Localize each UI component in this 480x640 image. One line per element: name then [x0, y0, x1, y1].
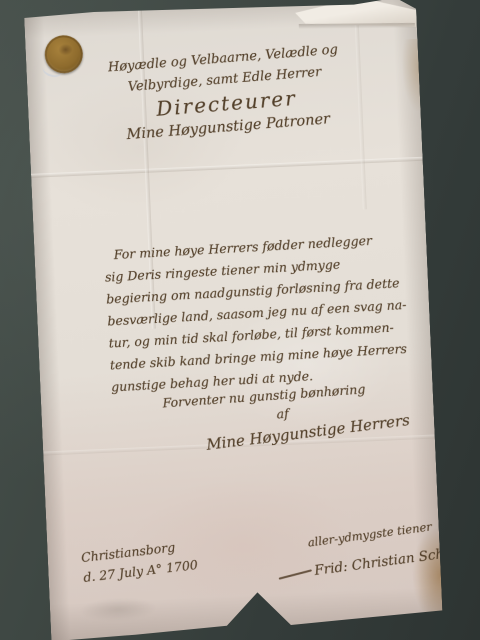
photo-of-historic-letter: Høyædle og Velbaarne, Velædle og Velbyrd… [0, 0, 480, 640]
pen-flourish [278, 569, 311, 579]
letter-body: For mine høye Herrers fødder nedlegger s… [103, 227, 421, 398]
folded-corner-shadow [299, 23, 415, 29]
letter-paper: Høyædle og Velbaarne, Velædle og Velbyrd… [24, 0, 443, 640]
